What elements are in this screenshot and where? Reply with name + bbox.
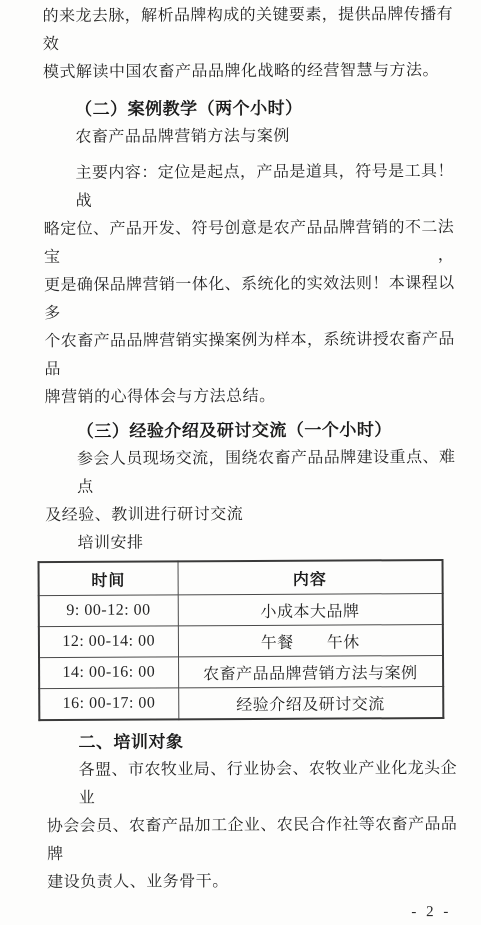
- paragraph-line: 模式解读中国农畜产品品牌化战略的经营智慧与方法。: [43, 57, 453, 87]
- paragraph-line: 个农畜产品品牌营销实操案例为样本，系统讲授农畜产品品: [44, 326, 454, 384]
- schedule-label: 培训安排: [45, 528, 455, 558]
- table-header-time: 时间: [39, 561, 178, 595]
- table-row: 9: 00-12: 00 小成本大品牌: [39, 593, 443, 626]
- document-content: 的来龙去脉，解析品牌构成的关键要素，提供品牌传播有效 模式解读中国农畜产品品牌化…: [43, 1, 458, 689]
- paragraph-line: 参会人员现场交流，围绕农畜产品品牌建设重点、难点: [45, 444, 455, 502]
- case-topic-line: 农畜产品品牌营销方法与案例: [43, 122, 453, 152]
- table-cell-content: 小成本大品牌: [178, 593, 443, 625]
- table-cell-content: 农畜产品品牌营销方法与案例: [178, 655, 443, 687]
- continued-paragraph: 的来龙去脉，解析品牌构成的关键要素，提供品牌传播有效 模式解读中国农畜产品品牌化…: [43, 1, 453, 87]
- table-cell-content: 午餐 午休: [178, 624, 443, 656]
- table-row: 14: 00-16: 00 农畜产品品牌营销方法与案例: [39, 655, 443, 688]
- table-header-row: 时间 内容: [39, 560, 443, 596]
- main-content-paragraph: 主要内容：定位是起点，产品是道具，符号是工具！战 略定位、产品开发、符号创意是农…: [43, 158, 454, 412]
- paragraph-line: 的来龙去脉，解析品牌构成的关键要素，提供品牌传播有效: [43, 1, 453, 59]
- paragraph-line: 略定位、产品开发、符号创意是农产品品牌营销的不二法宝，: [44, 214, 454, 272]
- table-cell-time: 9: 00-12: 00: [39, 595, 178, 627]
- table-cell-time: 12: 00-14: 00: [39, 626, 178, 658]
- table-row: 12: 00-14: 00 午餐 午休: [39, 624, 443, 657]
- table-cell-time: 14: 00-16: 00: [39, 657, 178, 689]
- training-schedule-table: 时间 内容 9: 00-12: 00 小成本大品牌 12: 00-14: 00 …: [38, 559, 445, 689]
- paragraph-line: 牌营销的心得体会与方法总结。: [45, 382, 455, 412]
- section-heading-case-teaching: （二）案例教学（两个小时）: [43, 94, 453, 124]
- paragraph-line: 及经验、教训进行研讨交流: [45, 500, 455, 530]
- scanned-document-page: 的来龙去脉，解析品牌构成的关键要素，提供品牌传播有效 模式解读中国农畜产品品牌化…: [0, 0, 481, 689]
- table-header-content: 内容: [178, 560, 443, 595]
- exchange-paragraph: 参会人员现场交流，围绕农畜产品品牌建设重点、难点 及经验、教训进行研讨交流: [45, 444, 455, 530]
- section-heading-experience-exchange: （三）经验介绍及研讨交流（一个小时）: [45, 416, 455, 446]
- paragraph-line: 更是确保品牌营销一体化、系统化的实效法则！本课程以多: [44, 270, 454, 328]
- paragraph-line: 主要内容：定位是起点，产品是道具，符号是工具！战: [43, 158, 453, 216]
